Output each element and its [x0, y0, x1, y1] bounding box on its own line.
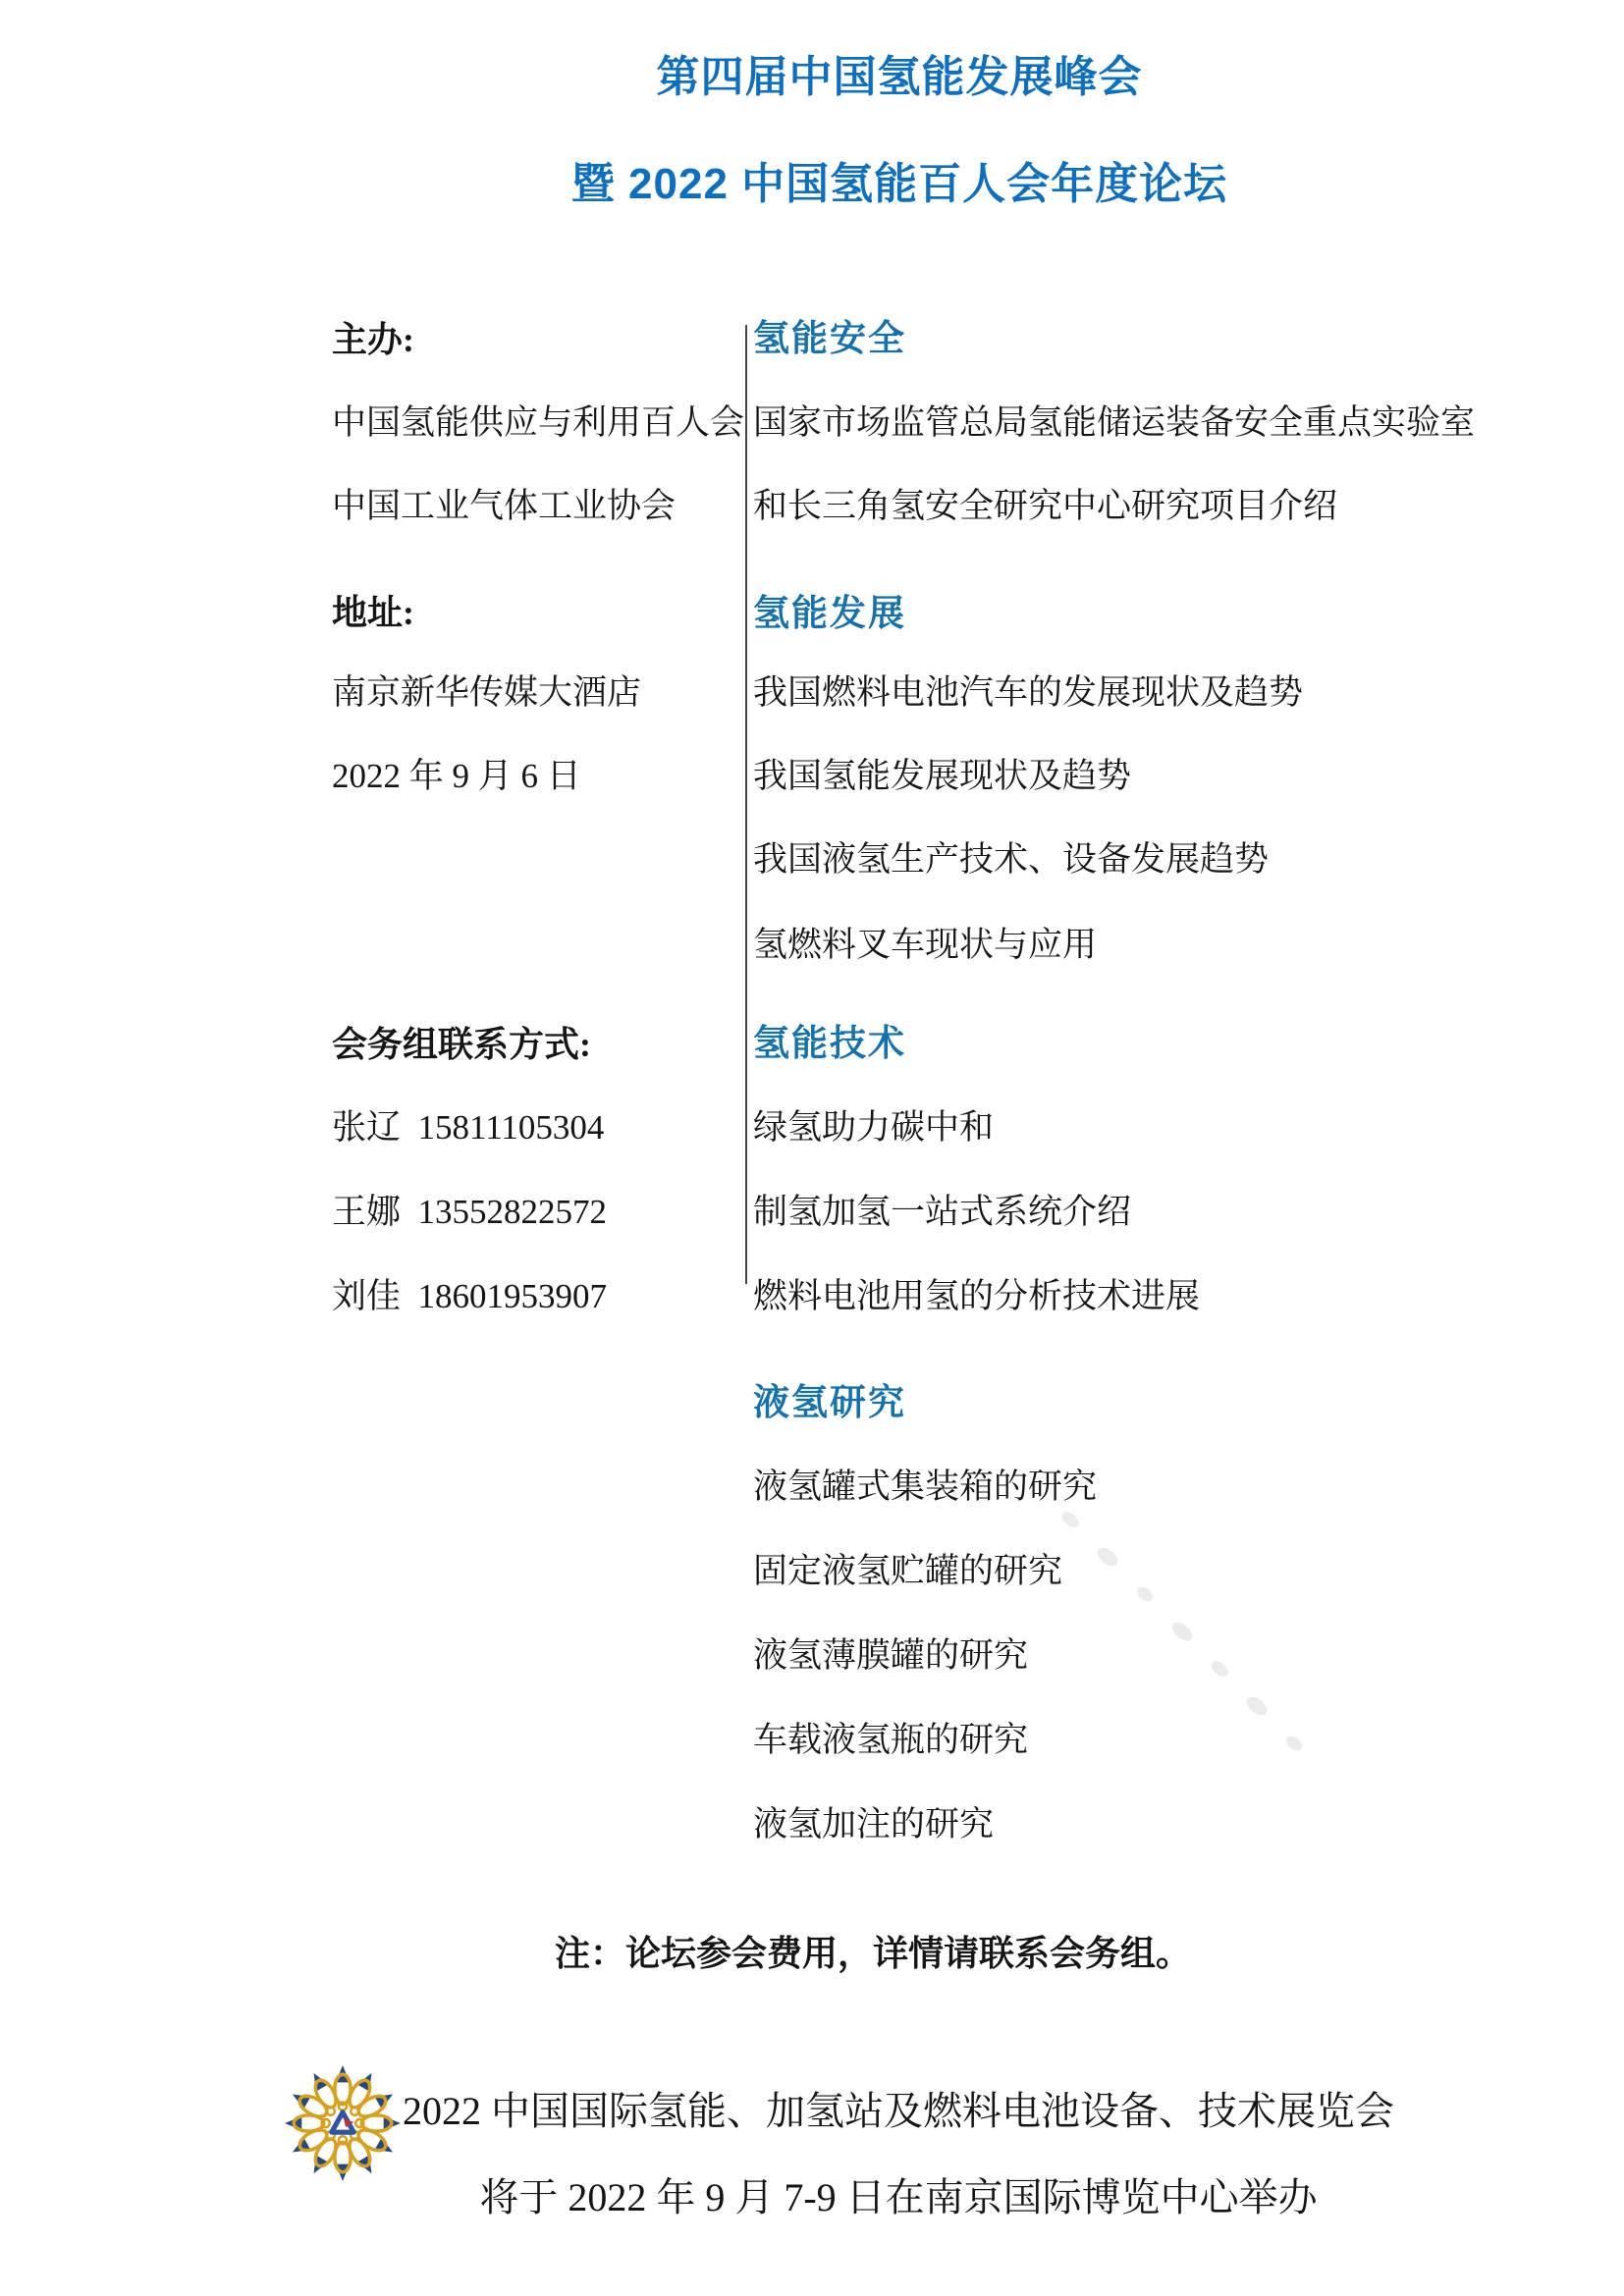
- agenda-item: 制氢加氢一站式系统介绍: [753, 1195, 1131, 1229]
- contact-separator: [401, 1108, 418, 1147]
- section-header-hydrogen-development: 氢能发展: [753, 595, 906, 631]
- date-line: 2022 年 9 月 6 日: [332, 759, 581, 793]
- contact-label: 会务组联系方式:: [332, 1027, 591, 1062]
- agenda-item: 液氢薄膜罐的研究: [753, 1638, 1028, 1673]
- contact-separator: [401, 1193, 418, 1231]
- agenda-item: 我国燃料电池汽车的发展现状及趋势: [753, 675, 1303, 710]
- agenda-item: 燃料电池用氢的分析技术进展: [753, 1279, 1200, 1313]
- agenda-item: 车载液氢瓶的研究: [753, 1723, 1028, 1757]
- contact-phone: 18601953907: [418, 1277, 608, 1315]
- organizer-label: 主办:: [332, 322, 414, 357]
- watermark: [1041, 1492, 1335, 1787]
- contact-name: 刘佳: [332, 1277, 401, 1315]
- section-header-hydrogen-technology: 氢能技术: [753, 1025, 906, 1061]
- agenda-item: 绿氢助力碳中和: [753, 1110, 994, 1145]
- contact-name: 张辽: [332, 1108, 401, 1147]
- contact-line: 王娜 13552822572: [332, 1195, 607, 1229]
- address-line: 南京新华传媒大酒店: [332, 675, 641, 710]
- agenda-item: 液氢罐式集装箱的研究: [753, 1469, 1097, 1504]
- address-label: 地址:: [332, 595, 414, 630]
- agenda-item: 我国氢能发展现状及趋势: [753, 759, 1131, 793]
- contact-separator: [401, 1277, 418, 1315]
- exhibition-flower-logo: [283, 2061, 403, 2189]
- section-header-liquid-hydrogen-research: 液氢研究: [753, 1384, 906, 1420]
- contact-phone: 13552822572: [418, 1193, 608, 1231]
- contact-name: 王娜: [332, 1193, 401, 1231]
- organizer-line: 中国氢能供应与利用百人会: [332, 405, 744, 440]
- agenda-item: 氢燃料叉车现状与应用: [753, 928, 1097, 962]
- exhibition-line-2: 将于 2022 年 9 月 7-9 日在南京国际博览中心举办: [479, 2178, 1317, 2217]
- document-title-line-1: 第四届中国氢能发展峰会: [657, 56, 1143, 99]
- section-header-hydrogen-safety: 氢能安全: [753, 320, 906, 356]
- agenda-item: 国家市场监管总局氢能储运装备安全重点实验室: [753, 405, 1475, 440]
- organizer-line: 中国工业气体工业协会: [332, 489, 676, 523]
- fee-note: 注：论坛参会费用，详情请联系会务组。: [555, 1936, 1191, 1971]
- agenda-item: 和长三角氢安全研究中心研究项目介绍: [753, 489, 1337, 523]
- agenda-item: 液氢加注的研究: [753, 1807, 994, 1842]
- document-page: 第四届中国氢能发展峰会 暨 2022 中国氢能百人会年度论坛 主办: 中国氢能供…: [0, 0, 1624, 2296]
- agenda-item: 固定液氢贮罐的研究: [753, 1554, 1062, 1588]
- exhibition-line-1: 2022 中国国际氢能、加氢站及燃料电池设备、技术展览会: [403, 2092, 1394, 2131]
- column-divider: [745, 325, 747, 1284]
- contact-line: 张辽 15811105304: [332, 1110, 604, 1145]
- document-title-line-2: 暨 2022 中国氢能百人会年度论坛: [571, 163, 1227, 206]
- contact-line: 刘佳 18601953907: [332, 1279, 607, 1313]
- contact-phone: 15811105304: [418, 1108, 605, 1147]
- agenda-item: 我国液氢生产技术、设备发展趋势: [753, 842, 1269, 877]
